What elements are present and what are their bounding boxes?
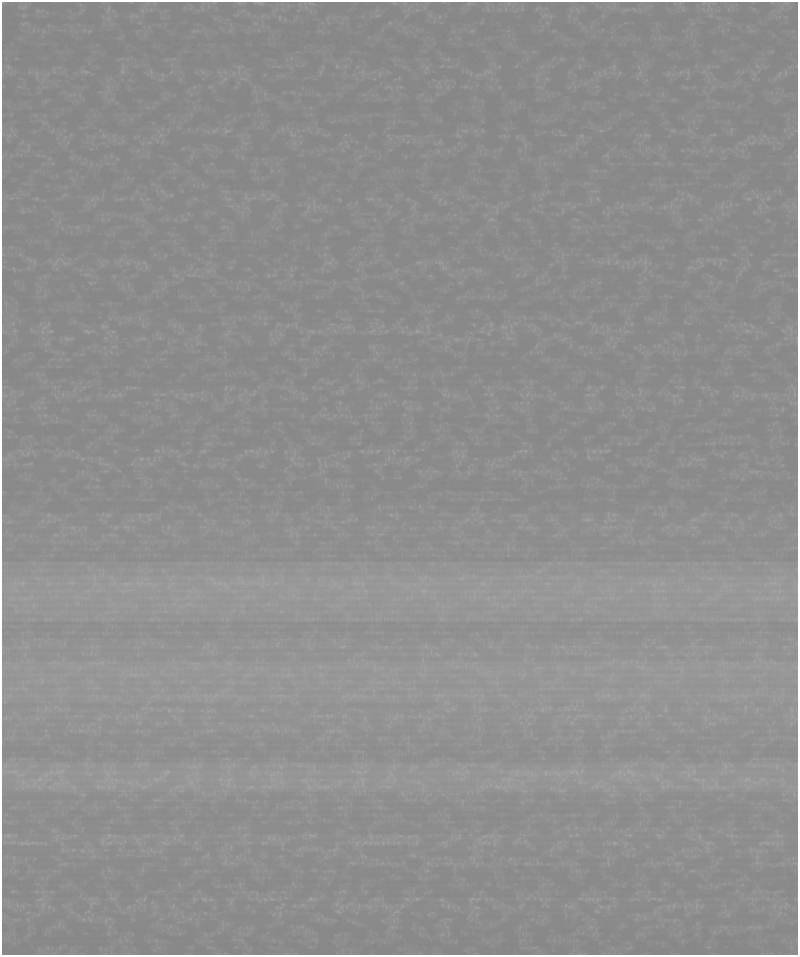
rug-texture — [2, 2, 798, 955]
rug-photo — [2, 2, 798, 955]
